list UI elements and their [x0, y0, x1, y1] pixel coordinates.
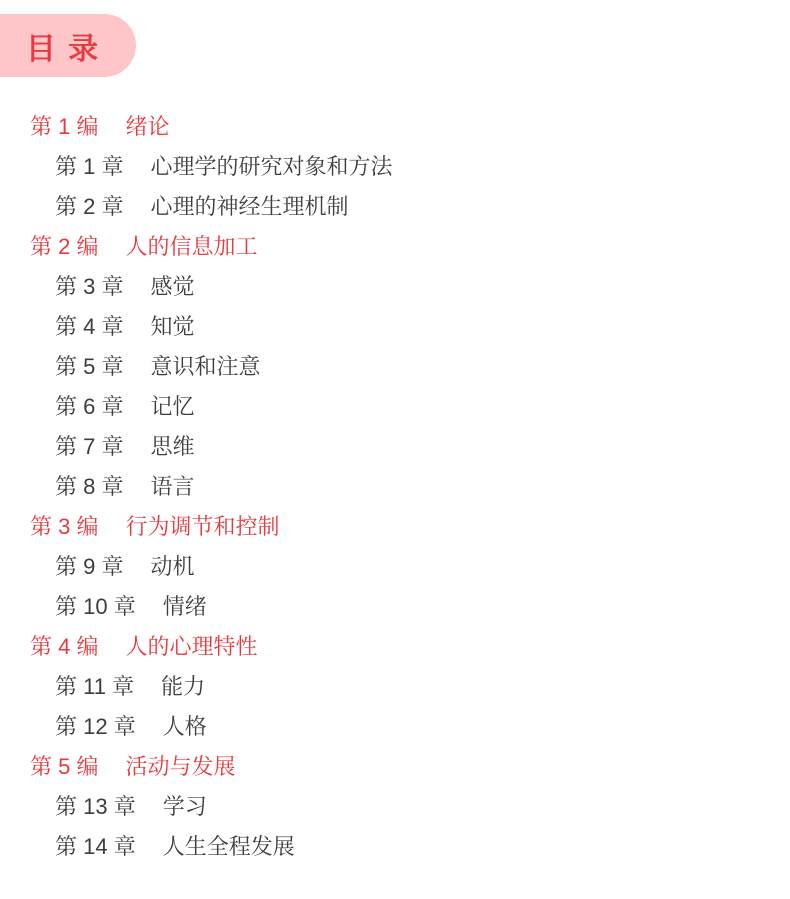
toc-chapter-entry: 第 5 章意识和注意 [0, 345, 790, 385]
chapter-title: 动机 [150, 550, 194, 581]
section-title: 行为调节和控制 [125, 510, 279, 541]
chapter-title: 语言 [150, 470, 194, 501]
chapter-title: 感觉 [150, 270, 194, 301]
section-number: 第 4 编 [30, 630, 98, 661]
toc-chapter-entry: 第 2 章心理的神经生理机制 [0, 185, 790, 225]
toc-chapter-entry: 第 3 章感觉 [0, 265, 790, 305]
chapter-number: 第 12 章 [55, 710, 136, 741]
section-number: 第 2 编 [30, 230, 98, 261]
chapter-title: 能力 [161, 670, 205, 701]
toc-chapter-entry: 第 8 章语言 [0, 465, 790, 505]
section-title: 人的信息加工 [125, 230, 257, 261]
chapter-number: 第 7 章 [55, 430, 123, 461]
chapter-title: 心理学的研究对象和方法 [150, 150, 392, 181]
chapter-title: 情绪 [163, 590, 207, 621]
chapter-title: 心理的神经生理机制 [150, 190, 348, 221]
toc-section-heading: 第 3 编行为调节和控制 [0, 505, 790, 545]
toc-section-heading: 第 4 编人的心理特性 [0, 625, 790, 665]
toc-title-label: 目 录 [26, 24, 110, 68]
chapter-number: 第 13 章 [55, 790, 136, 821]
toc-chapter-entry: 第 4 章知觉 [0, 305, 790, 345]
section-number: 第 5 编 [30, 750, 98, 781]
chapter-number: 第 3 章 [55, 270, 123, 301]
chapter-number: 第 4 章 [55, 310, 123, 341]
toc-chapter-entry: 第 12 章人格 [0, 705, 790, 745]
chapter-number: 第 10 章 [55, 590, 136, 621]
toc-page: 目 录 第 1 编绪论第 1 章心理学的研究对象和方法第 2 章心理的神经生理机… [0, 0, 790, 899]
section-title: 人的心理特性 [125, 630, 257, 661]
toc-chapter-entry: 第 1 章心理学的研究对象和方法 [0, 145, 790, 185]
chapter-title: 人格 [163, 710, 207, 741]
toc-section-heading: 第 2 编人的信息加工 [0, 225, 790, 265]
section-title: 活动与发展 [125, 750, 235, 781]
chapter-title: 人生全程发展 [163, 830, 295, 861]
chapter-number: 第 9 章 [55, 550, 123, 581]
toc-list: 第 1 编绪论第 1 章心理学的研究对象和方法第 2 章心理的神经生理机制第 2… [0, 105, 790, 865]
chapter-title: 知觉 [150, 310, 194, 341]
toc-title-badge: 目 录 [0, 14, 136, 77]
chapter-number: 第 14 章 [55, 830, 136, 861]
toc-chapter-entry: 第 11 章能力 [0, 665, 790, 705]
toc-chapter-entry: 第 14 章人生全程发展 [0, 825, 790, 865]
chapter-title: 记忆 [150, 390, 194, 421]
section-title: 绪论 [125, 110, 169, 141]
toc-chapter-entry: 第 6 章记忆 [0, 385, 790, 425]
chapter-number: 第 6 章 [55, 390, 123, 421]
toc-chapter-entry: 第 9 章动机 [0, 545, 790, 585]
section-number: 第 3 编 [30, 510, 98, 541]
toc-chapter-entry: 第 13 章学习 [0, 785, 790, 825]
chapter-number: 第 11 章 [55, 670, 134, 701]
chapter-number: 第 2 章 [55, 190, 123, 221]
toc-chapter-entry: 第 7 章思维 [0, 425, 790, 465]
chapter-title: 学习 [163, 790, 207, 821]
chapter-title: 思维 [150, 430, 194, 461]
section-number: 第 1 编 [30, 110, 98, 141]
chapter-number: 第 1 章 [55, 150, 123, 181]
chapter-number: 第 5 章 [55, 350, 123, 381]
toc-chapter-entry: 第 10 章情绪 [0, 585, 790, 625]
chapter-title: 意识和注意 [150, 350, 260, 381]
chapter-number: 第 8 章 [55, 470, 123, 501]
toc-section-heading: 第 1 编绪论 [0, 105, 790, 145]
toc-section-heading: 第 5 编活动与发展 [0, 745, 790, 785]
